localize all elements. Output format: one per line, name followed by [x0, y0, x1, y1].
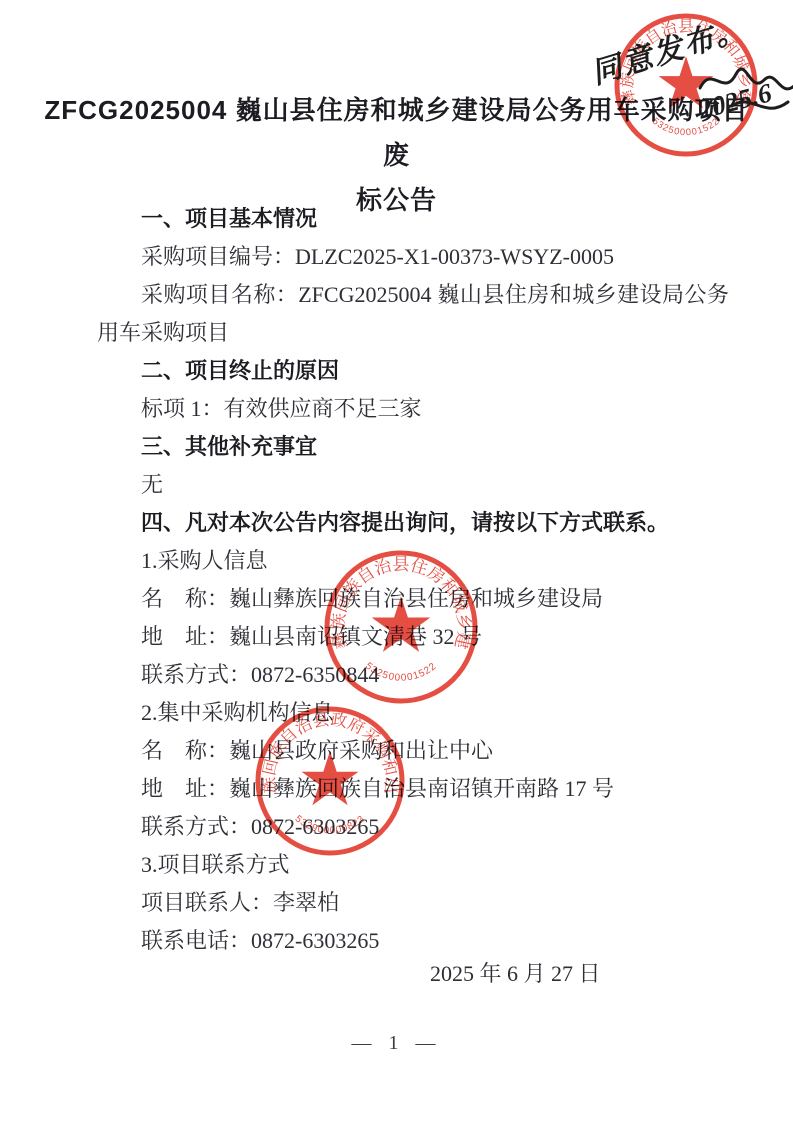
body-paragraph: 项目联系人：李翠柏 — [97, 884, 729, 922]
body-paragraph: 地 址：巍山彝族回族自治县南诏镇开南路 17 号 — [97, 770, 729, 808]
handwritten-approval-note: 同意发布。 — [585, 4, 751, 93]
body-paragraph: 名 称：巍山彝族回族自治县住房和城乡建设局 — [97, 580, 729, 618]
body-paragraph: 2.集中采购机构信息 — [97, 694, 729, 732]
body-paragraph: 地 址：巍山县南诏镇文清巷 32 号 — [97, 618, 729, 656]
body-paragraph: 联系方式：0872-6350844 — [97, 656, 729, 694]
section-heading: 三、其他补充事宜 — [97, 428, 729, 466]
page-number: — 1 — — [0, 1032, 793, 1055]
issue-date: 2025 年 6 月 27 日 — [97, 955, 729, 993]
document-page: ZFCG2025004 巍山县住房和城乡建设局公务用车采购项目废 标公告 一、项… — [0, 0, 793, 1122]
section-heading: 一、项目基本情况 — [97, 200, 729, 238]
body-paragraph: 采购项目名称：ZFCG2025004 巍山县住房和城乡建设局公务用车采购项目 — [97, 276, 729, 352]
body-paragraph: 联系方式：0872-6303265 — [97, 808, 729, 846]
body-paragraph: 1.采购人信息 — [97, 542, 729, 580]
body-paragraph: 采购项目编号：DLZC2025-X1-00373-WSYZ-0005 — [97, 238, 729, 276]
body-paragraph: 标项 1：有效供应商不足三家 — [97, 390, 729, 428]
body-paragraph: 名 称：巍山县政府采购和出让中心 — [97, 732, 729, 770]
body-paragraph: 无 — [97, 466, 729, 504]
document-body: 一、项目基本情况采购项目编号：DLZC2025-X1-00373-WSYZ-00… — [97, 200, 729, 960]
section-heading: 四、凡对本次公告内容提出询问，请按以下方式联系。 — [97, 504, 729, 542]
page-title-line-1: ZFCG2025004 巍山县住房和城乡建设局公务用车采购项目废 — [40, 88, 753, 178]
body-paragraph: 3.项目联系方式 — [97, 846, 729, 884]
section-heading: 二、项目终止的原因 — [97, 352, 729, 390]
